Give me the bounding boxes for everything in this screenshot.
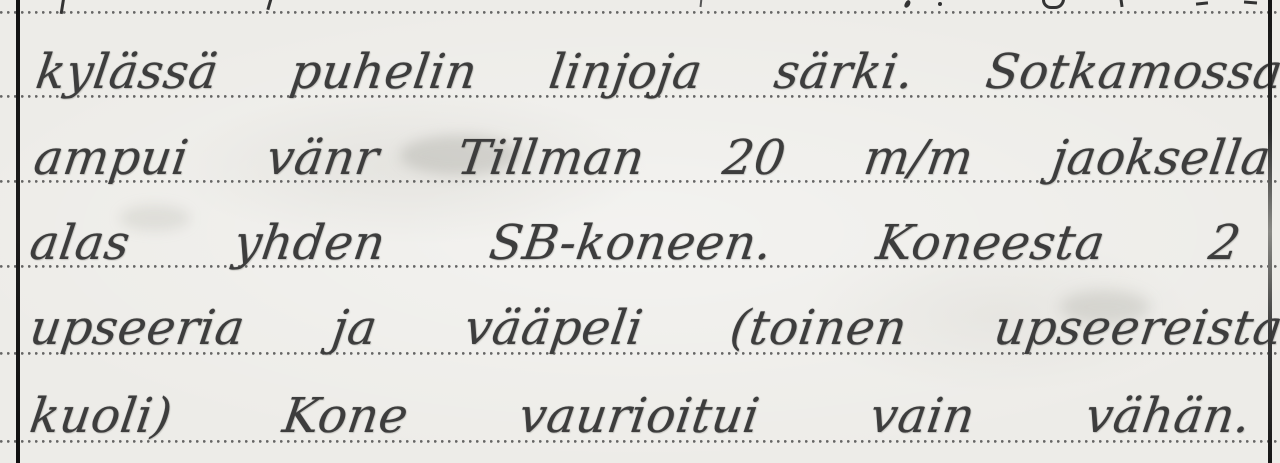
- stroke-fragment: [1244, 1, 1257, 5]
- stroke-fragment: [700, 0, 703, 7]
- stroke-fragment: [1119, 0, 1123, 7]
- handwriting-line-3: alasyhdenSB-koneen.Koneesta2: [26, 211, 1245, 275]
- right-margin-line: [1268, 0, 1272, 463]
- handwritten-word: vaurioitui: [515, 384, 764, 448]
- handwritten-word: kylässä: [32, 40, 223, 104]
- stroke-fragment: [1196, 1, 1208, 5]
- handwritten-word: (toinen: [726, 296, 911, 360]
- handwriting-line-4: upseeriajavääpeli(toinenupseereista: [26, 296, 1280, 360]
- handwritten-word: vähän.: [1082, 384, 1255, 448]
- handwritten-word: Sotkamossa: [982, 40, 1280, 104]
- handwriting-line-5: kuoli)Konevaurioituivainvähän.: [26, 384, 1255, 448]
- handwritten-word: vääpeli: [460, 296, 647, 360]
- handwritten-word: vänr: [263, 126, 384, 190]
- handwritten-word: upseeria: [26, 296, 249, 360]
- handwritten-word: jaoksella: [1048, 126, 1275, 190]
- ruled-line: [0, 11, 1280, 14]
- handwritten-document-page: kylässäpuhelinlinjojasärki.Sotkamossa am…: [0, 0, 1280, 463]
- handwritten-word: 20: [719, 126, 790, 190]
- handwritten-word: Koneesta: [872, 211, 1109, 275]
- handwritten-word: ja: [328, 296, 381, 360]
- stroke-fragment: [266, 0, 272, 10]
- left-margin-line: [16, 0, 20, 463]
- handwritten-word: kuoli): [26, 384, 176, 448]
- handwritten-word: yhden: [230, 211, 390, 275]
- handwritten-word: särki.: [770, 40, 918, 104]
- handwritten-word: ampui: [30, 126, 193, 190]
- stroke-fragment: [938, 2, 942, 6]
- handwritten-word: linjoja: [545, 40, 706, 104]
- handwritten-word: alas: [26, 211, 134, 275]
- handwriting-line-2: ampuivänrTillman20m/mjaoksella: [30, 126, 1275, 190]
- handwritten-word: Kone: [279, 384, 413, 448]
- handwritten-word: Tillman: [453, 126, 649, 190]
- stroke-fragment: [1042, 0, 1065, 9]
- handwriting-line-1: kylässäpuhelinlinjojasärki.Sotkamossa: [32, 40, 1280, 104]
- handwritten-word: vain: [866, 384, 979, 448]
- stroke-fragment: [904, 0, 912, 9]
- handwritten-word: SB-koneen.: [485, 211, 776, 275]
- handwritten-word: puhelin: [286, 40, 481, 104]
- handwritten-word: upseereista: [990, 296, 1280, 360]
- handwritten-word: m/m: [860, 126, 978, 190]
